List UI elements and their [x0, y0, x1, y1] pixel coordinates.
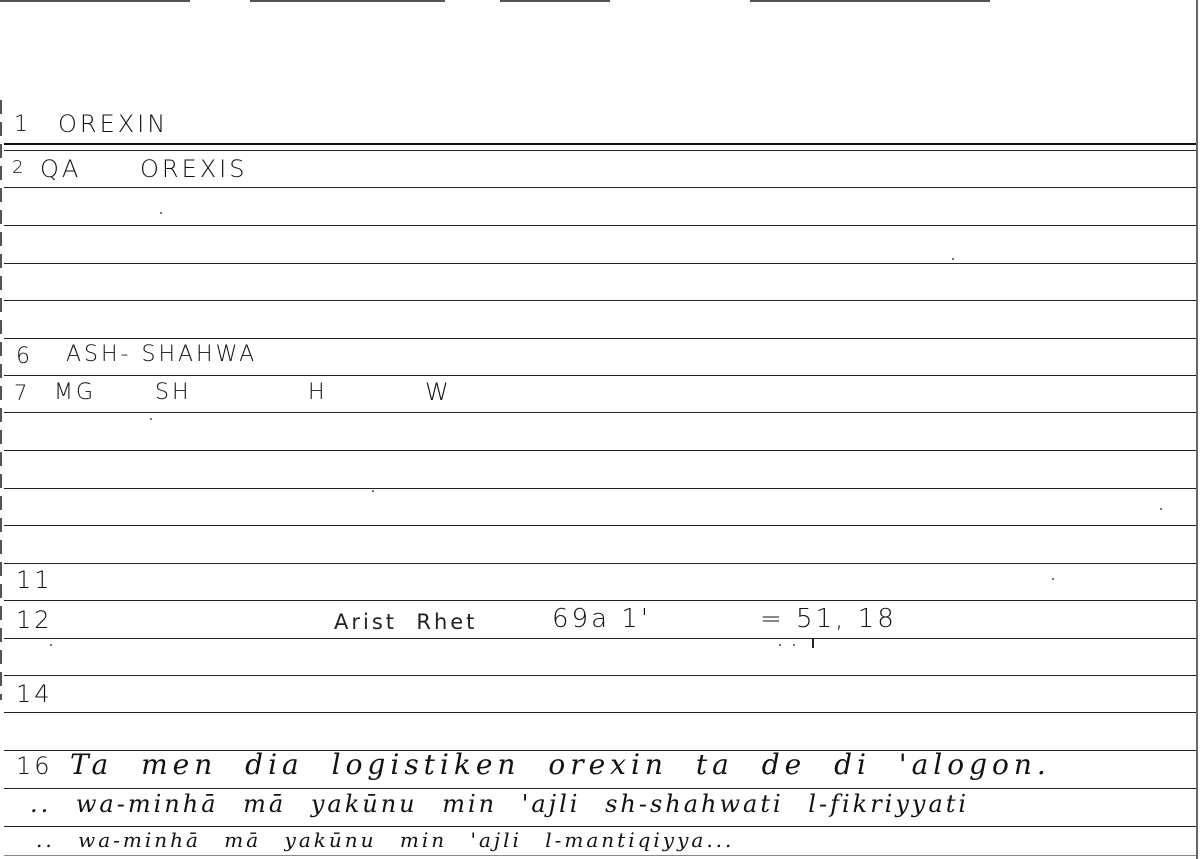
ruled-line: [4, 855, 1196, 856]
line-number: 16: [16, 752, 53, 780]
speck: [50, 644, 52, 646]
qa-form: OREXIS: [140, 155, 247, 183]
ruled-line: [4, 712, 1196, 713]
mark-dot: [779, 644, 781, 646]
ruled-line: [4, 225, 1196, 226]
source-reference: Arist Rhet: [334, 610, 477, 634]
root-letter-w: W: [425, 378, 452, 406]
ruled-line: [4, 488, 1196, 489]
ruled-line: [4, 638, 1196, 639]
mark-dot: [793, 644, 795, 646]
ruled-line: [4, 300, 1196, 301]
line-number: 12: [16, 606, 53, 634]
ruled-line: [4, 187, 1196, 188]
mark-tick: [812, 638, 814, 648]
ruled-line: [4, 600, 1196, 601]
line-number: 7: [14, 381, 30, 405]
arabic-equivalent: ASH- SHAHWA: [66, 342, 257, 367]
arabic-transliteration-variant: .. wa-minhā mā yakūnu min 'ajli l-mantiq…: [36, 828, 734, 852]
ruled-line: [4, 412, 1196, 413]
ruled-line: [4, 338, 1196, 339]
ruled-line: [4, 143, 1196, 145]
edition-reference: = 51, 18: [760, 604, 897, 634]
speck: [372, 490, 374, 492]
speck: [952, 258, 954, 260]
top-edge-mark: [500, 0, 610, 2]
mg-label: MG: [54, 380, 96, 405]
headword: OREXIN: [58, 110, 168, 138]
arabic-transliteration: .. wa-minhā mā yakūnu min 'ajli sh-shahw…: [30, 790, 969, 818]
line-number: 1: [14, 112, 31, 137]
ruled-line: [4, 150, 1196, 151]
top-edge-mark: [0, 0, 190, 2]
root-letter-h: H: [308, 380, 328, 405]
speck: [150, 418, 152, 420]
line-number: 2: [12, 157, 26, 178]
speck: [1160, 508, 1162, 510]
speck: [1052, 578, 1054, 580]
ruled-line: [4, 450, 1196, 451]
ruled-line: [4, 788, 1196, 789]
card-right-edge: [1196, 0, 1198, 859]
speck: [160, 212, 162, 214]
line-number: 6: [16, 344, 33, 369]
passage-reference: 69a 1': [552, 604, 651, 634]
root-letter-sh: SH: [155, 380, 192, 405]
ruled-line: [4, 263, 1196, 264]
ruled-line: [4, 675, 1196, 676]
ruled-line: [4, 525, 1196, 526]
card-left-edge: [0, 100, 2, 700]
top-edge-mark: [750, 0, 990, 2]
lexicon-card: 1 OREXIN 2 QA OREXIS 6 ASH- SHAHWA 7 MG …: [0, 0, 1200, 859]
ruled-line: [4, 826, 1196, 827]
ruled-line: [4, 375, 1196, 376]
ruled-line: [4, 563, 1196, 564]
greek-quotation: Ta men dia logistiken orexin ta de di 'a…: [70, 748, 1051, 781]
line-number: 14: [16, 680, 53, 708]
qa-label: QA: [40, 155, 81, 183]
line-number: 11: [16, 566, 53, 594]
top-edge-mark: [250, 0, 445, 2]
